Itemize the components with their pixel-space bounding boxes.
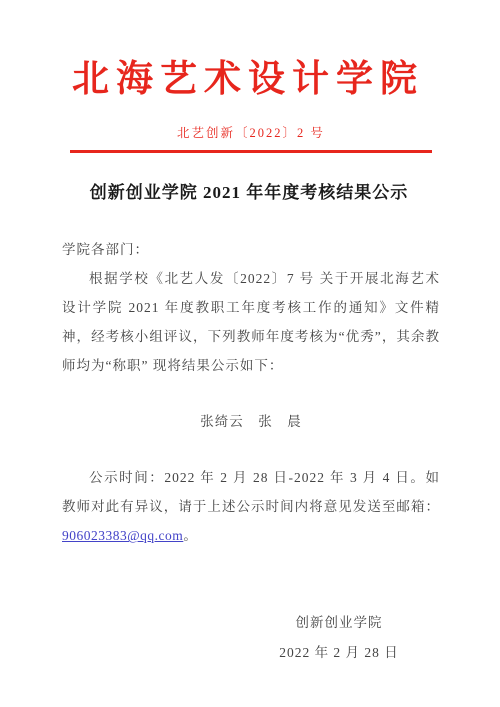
body-paragraph-1: 根据学校《北艺人发〔2022〕7 号 关于开展北海艺术设计学院 2021 年度教… bbox=[62, 264, 440, 380]
letterhead-title: 北海艺术设计学院 bbox=[56, 58, 440, 102]
document-page: 北海艺术设计学院 北艺创新〔2022〕2 号 创新创业学院 2021 年年度考核… bbox=[0, 0, 500, 707]
publicity-period-text: 公示时间：2022 年 2 月 28 日-2022 年 3 月 4 日。如教师对… bbox=[62, 470, 440, 514]
email-link[interactable]: 906023383@qq.com bbox=[62, 528, 183, 543]
signature-department: 创新创业学院 bbox=[254, 608, 424, 638]
document-number: 北艺创新〔2022〕2 号 bbox=[62, 123, 440, 141]
announcement-title: 创新创业学院 2021 年年度考核结果公示 bbox=[58, 178, 440, 203]
signature-block: 创新创业学院 2022 年 2 月 28 日 bbox=[254, 608, 424, 668]
body-paragraph-2: 公示时间：2022 年 2 月 28 日-2022 年 3 月 4 日。如教师对… bbox=[62, 463, 440, 550]
red-divider-rule bbox=[70, 150, 432, 153]
sentence-end: 。 bbox=[183, 528, 198, 543]
salutation: 学院各部门： bbox=[62, 235, 440, 264]
teacher-names: 张绮云 张 晨 bbox=[62, 407, 440, 436]
signature-date: 2022 年 2 月 28 日 bbox=[254, 638, 424, 668]
